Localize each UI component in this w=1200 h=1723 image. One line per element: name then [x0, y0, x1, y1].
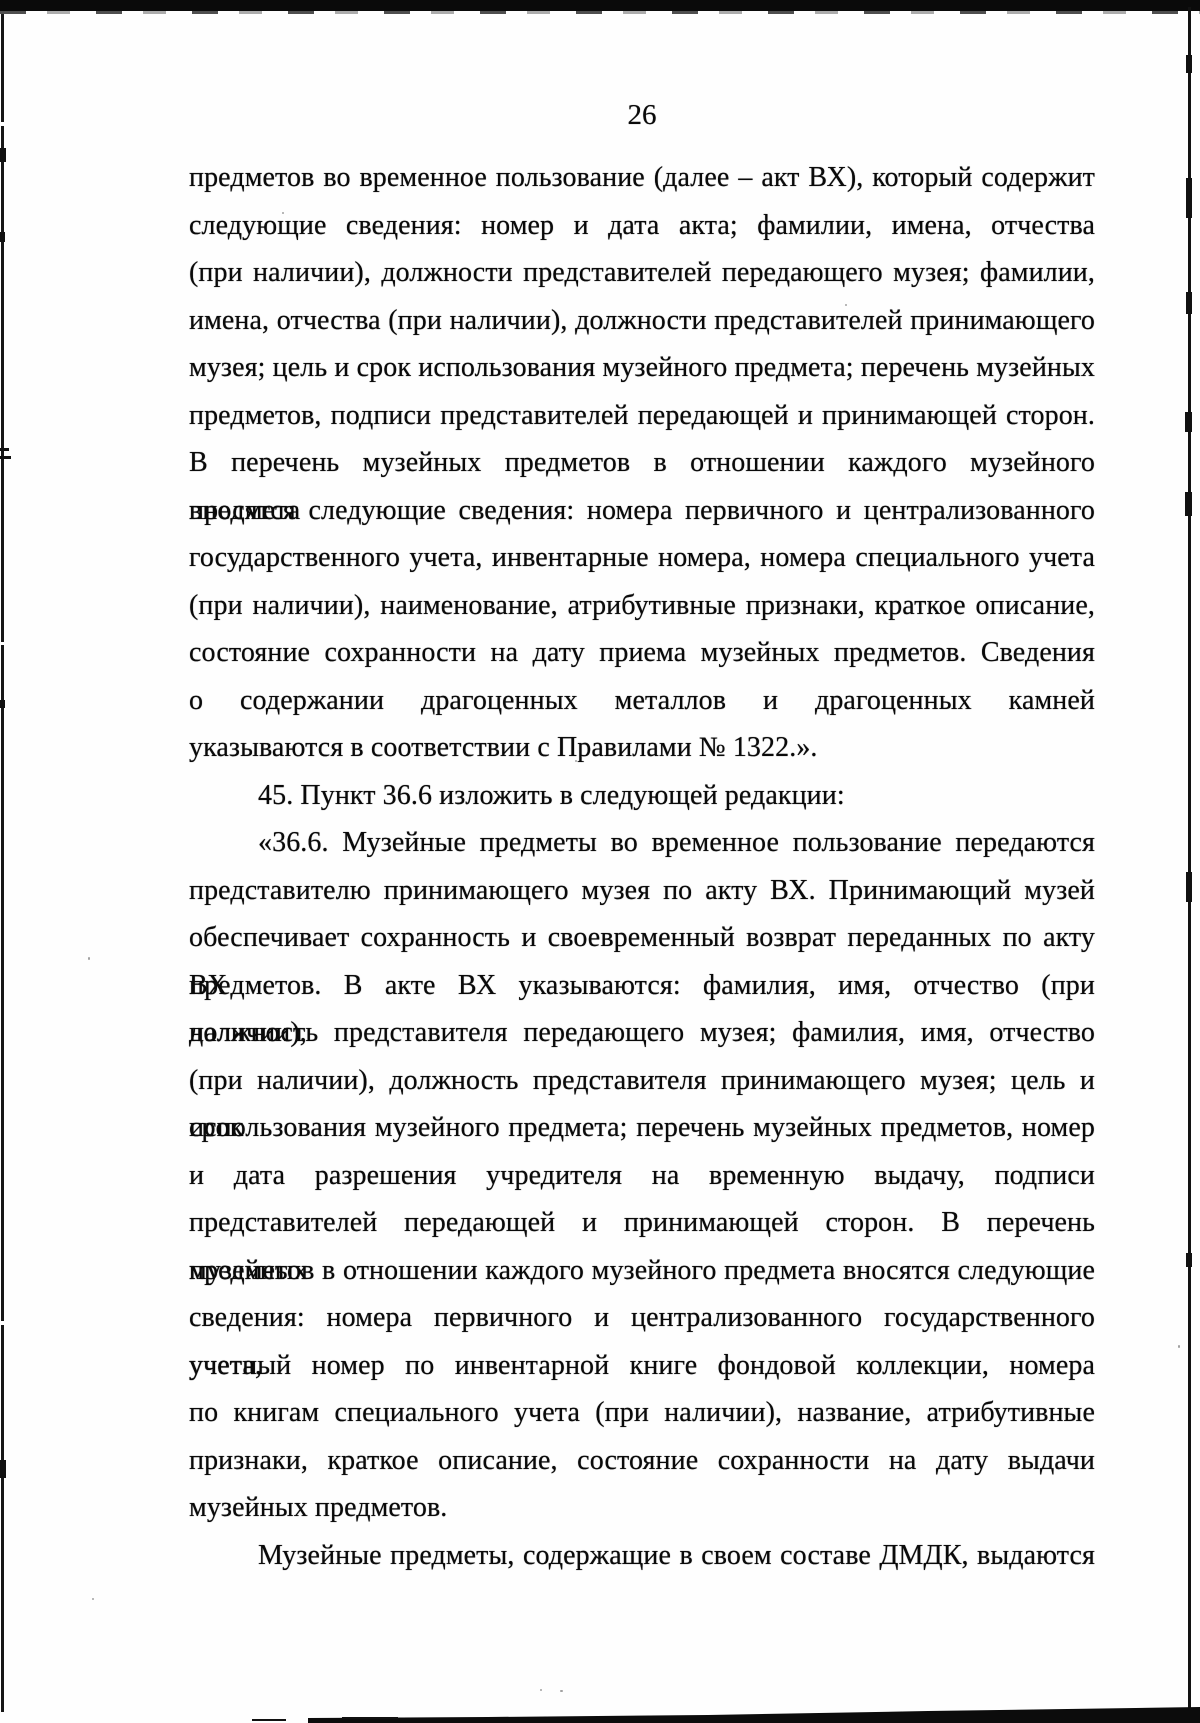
- text-line: предметов во временное пользование (дале…: [189, 154, 1095, 202]
- text-line: предметов. В акте ВХ указываются: фамили…: [189, 962, 1095, 1010]
- text-line: предметов в отношении каждого музейного …: [189, 1247, 1095, 1295]
- scan-fleck: [560, 1690, 563, 1692]
- text-line: имена, отчества (при наличии), должности…: [189, 297, 1095, 345]
- scanned-document-page: 26 предметов во временное пользование (д…: [0, 0, 1200, 1723]
- scan-blob: [0, 700, 5, 708]
- text-line: учетный номер по инвентарной книге фондо…: [189, 1342, 1095, 1390]
- text-line: по книгам специального учета (при наличи…: [189, 1389, 1095, 1437]
- text-line: (при наличии), должности представителей …: [189, 249, 1095, 297]
- scan-blob: [0, 232, 5, 242]
- text-line: представителю принимающего музея по акту…: [189, 867, 1095, 915]
- scan-blob: [1185, 492, 1192, 516]
- text-line: В перечень музейных предметов в отношени…: [189, 439, 1095, 487]
- scan-fleck: [1178, 1345, 1180, 1348]
- text-line: представителей передающей и принимающей …: [189, 1199, 1095, 1247]
- scan-fleck: [540, 1689, 542, 1691]
- scan-edge-top: [0, 0, 1200, 11]
- text-line: указываются в соответствии с Правилами №…: [189, 724, 1095, 772]
- scan-fleck: [575, 760, 577, 762]
- scan-edge-gap: [1, 642, 4, 645]
- scan-blob: [1185, 412, 1192, 432]
- text-line: обеспечивает сохранность и своевременный…: [189, 914, 1095, 962]
- scan-blob: [0, 456, 11, 459]
- text-line: состояние сохранности на дату приема муз…: [189, 629, 1095, 677]
- text-line: музея; цель и срок использования музейно…: [189, 344, 1095, 392]
- scan-edge-gap: [1, 122, 4, 126]
- text-line: «36.6. Музейные предметы во временное по…: [189, 819, 1095, 867]
- scan-blob: [1186, 872, 1192, 902]
- text-line: признаки, краткое описание, состояние со…: [189, 1437, 1095, 1485]
- text-line: вносятся следующие сведения: номера перв…: [189, 487, 1095, 535]
- scan-fleck: [88, 957, 90, 960]
- scan-edge-left: [1, 14, 4, 1712]
- scan-blob: [1186, 1253, 1192, 1267]
- scan-bottom-band: [308, 1705, 1200, 1723]
- text-line: государственного учета, инвентарные номе…: [189, 534, 1095, 582]
- text-line: использования музейного предмета; перече…: [189, 1104, 1095, 1152]
- scan-fleck: [845, 304, 847, 306]
- text-line: музейных предметов.: [189, 1484, 1095, 1532]
- text-line: предметов, подписи представителей переда…: [189, 392, 1095, 440]
- scan-fleck: [282, 212, 284, 214]
- text-line: 45. Пункт 36.6 изложить в следующей реда…: [189, 772, 1095, 820]
- scan-blob: [1186, 55, 1192, 73]
- scan-dash: [342, 1717, 398, 1719]
- text-line: Музейные предметы, содержащие в своем со…: [189, 1532, 1095, 1580]
- scan-blob: [0, 148, 6, 162]
- scan-blob: [0, 448, 9, 451]
- scan-blob: [1186, 292, 1192, 314]
- text-line: (при наличии), наименование, атрибутивны…: [189, 582, 1095, 630]
- scan-fleck: [92, 1598, 94, 1600]
- text-line: (при наличии), должность представителя п…: [189, 1057, 1095, 1105]
- scan-edge-top-fray: [0, 11, 1200, 14]
- text-line: сведения: номера первичного и централизо…: [189, 1294, 1095, 1342]
- scan-blob: [1186, 178, 1192, 218]
- text-line: следующие сведения: номер и дата акта; ф…: [189, 202, 1095, 250]
- text-line: о содержании драгоценных металлов и драг…: [189, 677, 1095, 725]
- page-number: 26: [189, 99, 1095, 131]
- text-line: и дата разрешения учредителя на временну…: [189, 1152, 1095, 1200]
- text-line: должность представителя передающего музе…: [189, 1009, 1095, 1057]
- scan-blob: [0, 1460, 6, 1478]
- scan-edge-gap: [1, 1321, 4, 1325]
- scan-edge-right: [1188, 7, 1191, 1718]
- document-text: предметов во временное пользование (дале…: [189, 154, 1095, 1579]
- scan-dash: [252, 1719, 286, 1721]
